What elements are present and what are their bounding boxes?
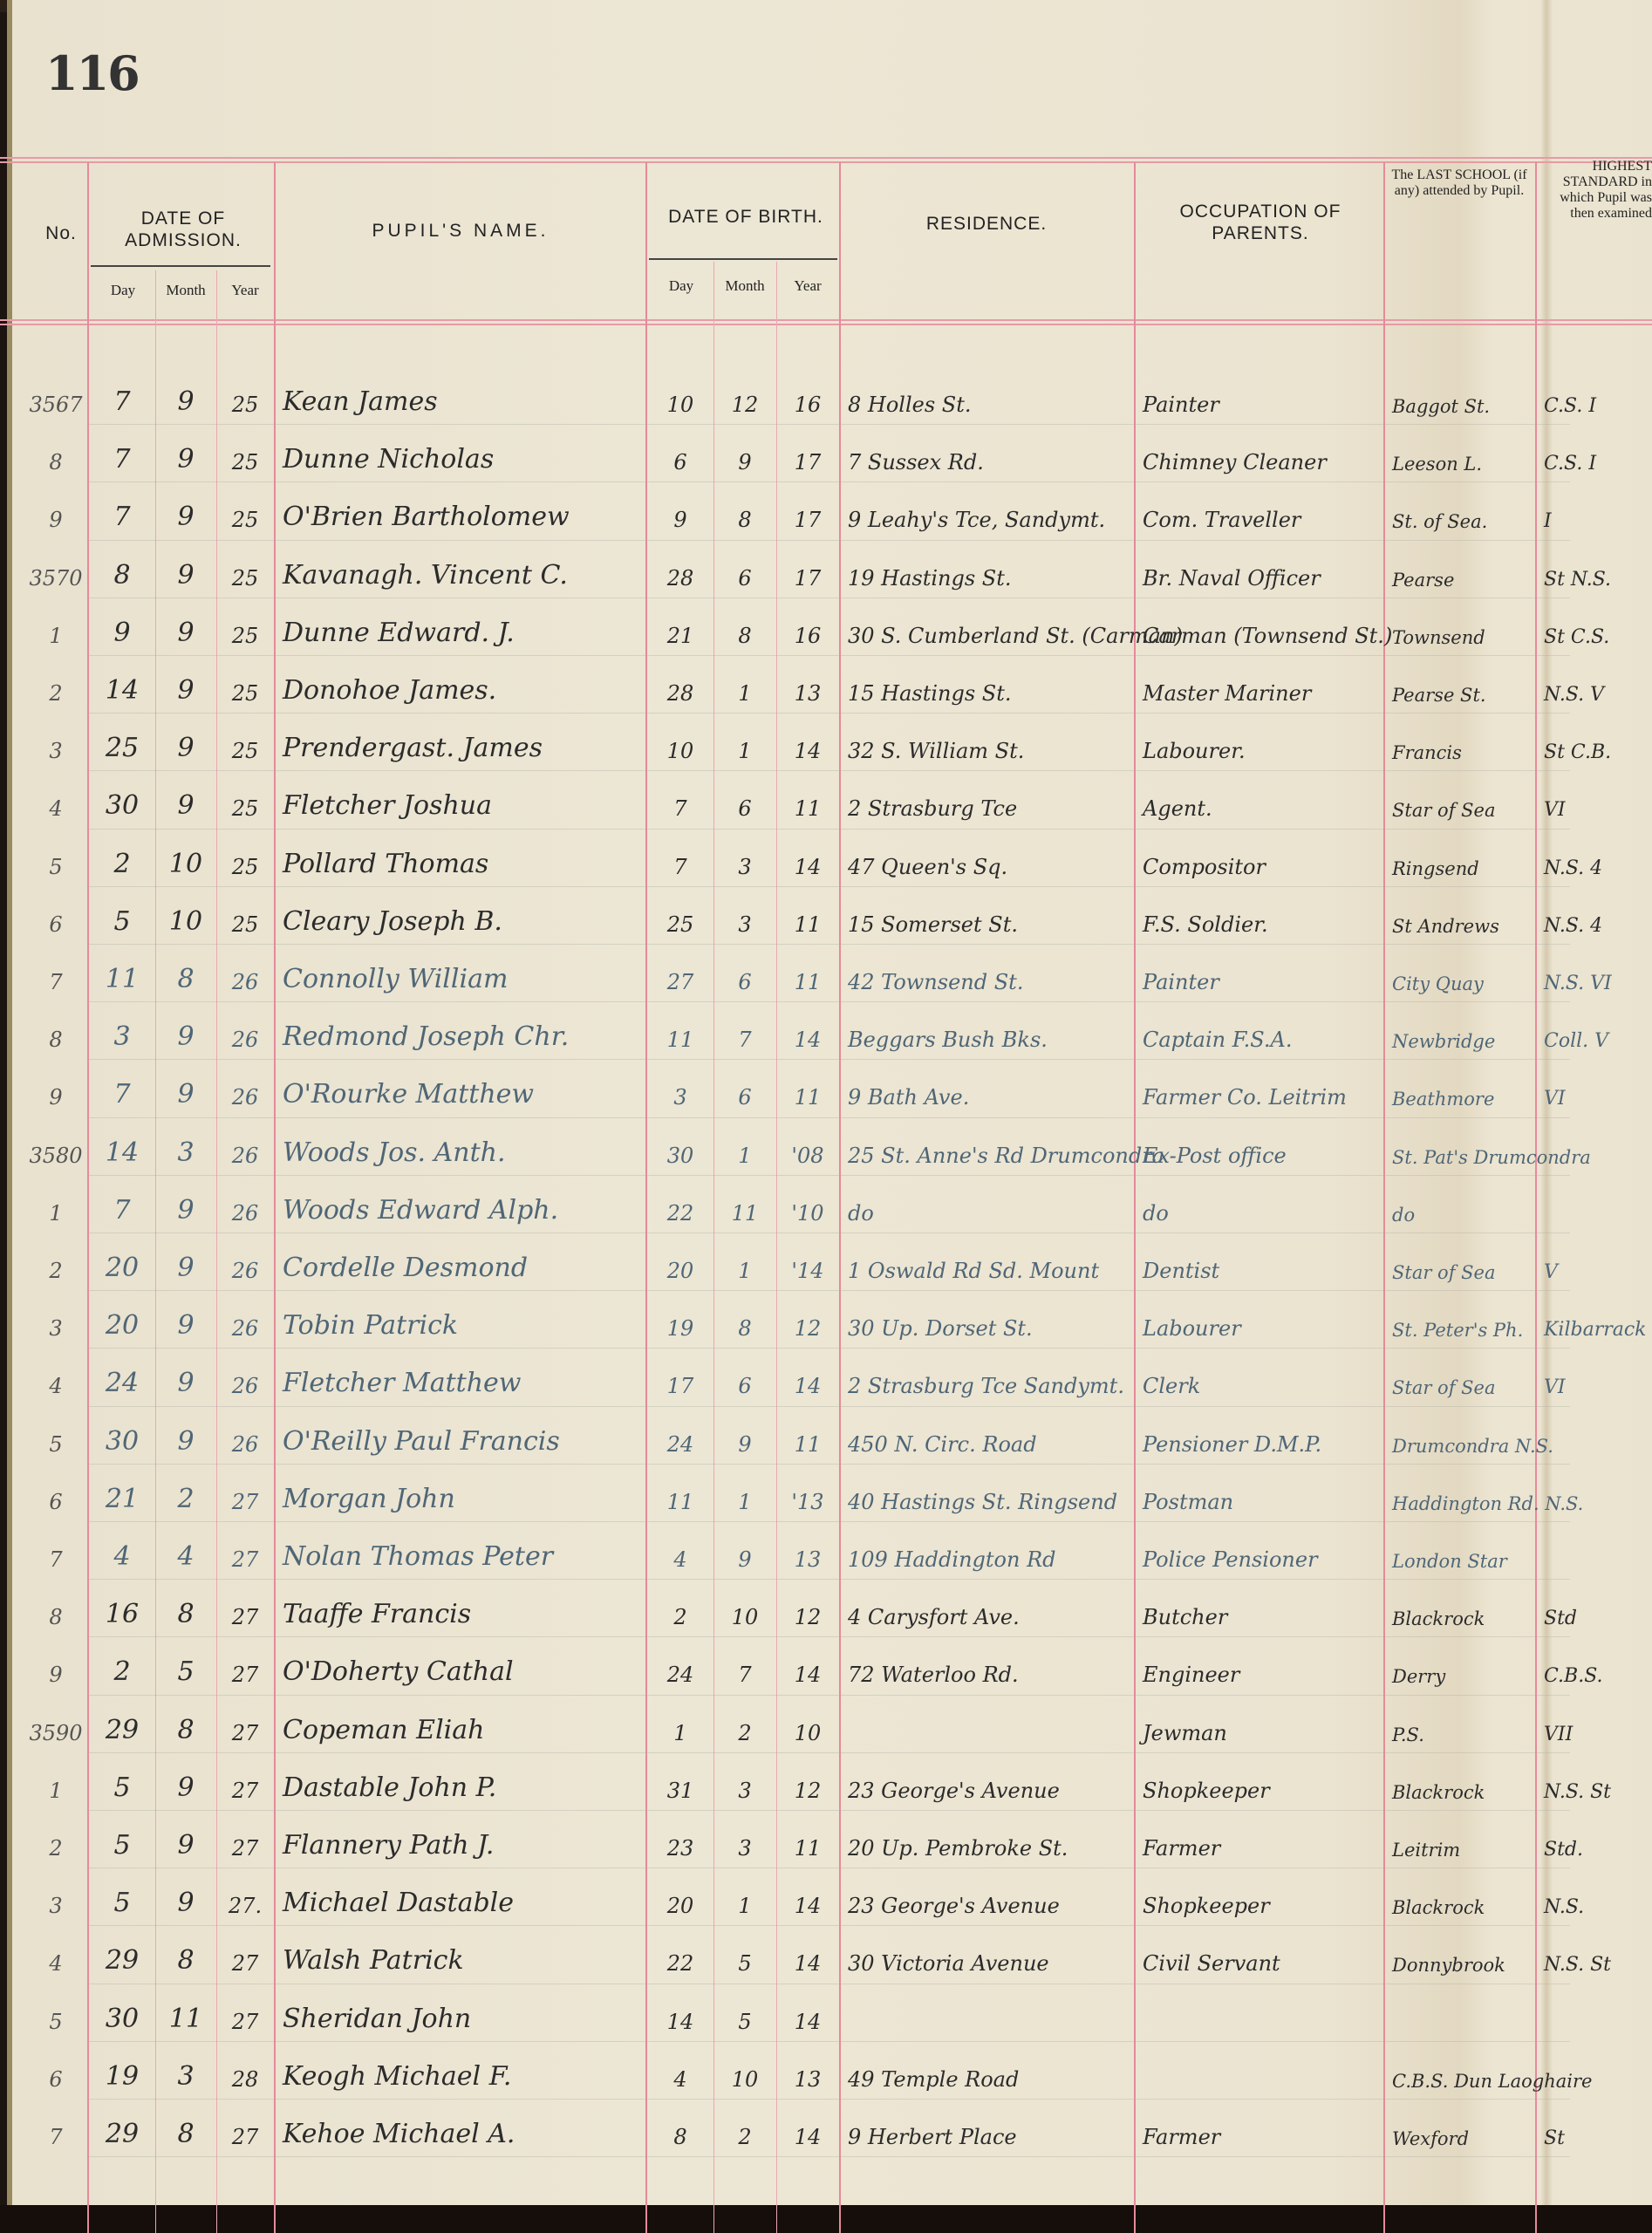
residence: 15 Hastings St. (841, 655, 1130, 713)
register-number: 1 (24, 598, 87, 655)
birth-month: 1 (713, 655, 776, 713)
birth-day: 11 (647, 1464, 713, 1521)
admission-year: 25 (216, 366, 274, 424)
admission-day: 29 (89, 2099, 155, 2156)
birth-day: 25 (647, 886, 713, 944)
admission-year: 27 (216, 2099, 274, 2156)
register-number: 2 (24, 655, 87, 713)
register-number: 5 (24, 1984, 87, 2041)
admission-month: 9 (155, 598, 216, 655)
birth-day: 9 (647, 481, 713, 539)
table-row: 3567 7 9 25 Kean James 10 12 16 8 Holles… (0, 366, 1652, 424)
admission-month: 9 (155, 655, 216, 713)
parent-occupation: F.S. Soldier. (1136, 886, 1382, 944)
birth-month: 7 (713, 1001, 776, 1059)
highest-standard (1537, 1175, 1652, 1233)
last-school: Townsend (1385, 598, 1533, 655)
register-number: 6 (24, 1464, 87, 1521)
residence: 2 Strasburg Tce (841, 770, 1130, 828)
birth-month: 1 (713, 1868, 776, 1925)
table-row: 8 3 9 26 Redmond Joseph Chr. 11 7 14 Beg… (0, 1001, 1652, 1059)
register-number: 3 (24, 713, 87, 770)
residence: 20 Up. Pembroke St. (841, 1810, 1130, 1868)
last-school: do (1385, 1175, 1533, 1233)
residence: 47 Queen's Sq. (841, 829, 1130, 886)
admission-year: 27 (216, 1579, 274, 1636)
admission-day: 5 (89, 1752, 155, 1810)
table-row: 9 2 5 27 O'Doherty Cathal 24 7 14 72 Wat… (0, 1636, 1652, 1694)
birth-year: 10 (776, 1695, 839, 1752)
last-school: Star of Sea (1385, 770, 1533, 828)
highest-standard (1537, 2041, 1652, 2099)
admission-year: 25 (216, 886, 274, 944)
birth-day: 21 (647, 598, 713, 655)
header-bottom-rule (0, 319, 1652, 325)
residence: 4 Carysfort Ave. (841, 1579, 1130, 1636)
residence: 30 Up. Dorset St. (841, 1290, 1130, 1348)
header-adm-month: Month (155, 282, 216, 299)
birth-day: 22 (647, 1925, 713, 1983)
last-school: P.S. (1385, 1695, 1533, 1752)
birth-day: 30 (647, 1117, 713, 1175)
parent-occupation: Br. Naval Officer (1136, 540, 1382, 598)
header-date-of-birth: DATE OF BIRTH. (663, 206, 829, 228)
admission-year: 27 (216, 1695, 274, 1752)
birth-year: 16 (776, 366, 839, 424)
residence: 9 Herbert Place (841, 2099, 1130, 2156)
parent-occupation: do (1136, 1175, 1382, 1233)
birth-day: 3 (647, 1059, 713, 1116)
birth-day: 28 (647, 655, 713, 713)
birth-year: 13 (776, 1521, 839, 1579)
birth-month: 8 (713, 1290, 776, 1348)
birth-month: 10 (713, 1579, 776, 1636)
residence (841, 1984, 1130, 2041)
birth-year: 17 (776, 481, 839, 539)
last-school: St Andrews (1385, 886, 1533, 944)
last-school: Baggot St. (1385, 366, 1533, 424)
table-row: 2 20 9 26 Cordelle Desmond 20 1 '14 1 Os… (0, 1233, 1652, 1290)
admission-month: 9 (155, 1059, 216, 1116)
header-birth-month: Month (713, 277, 776, 295)
pupil-name: Fletcher Joshua (276, 770, 642, 828)
admission-year: 27 (216, 1636, 274, 1694)
header-birth-year: Year (776, 277, 839, 295)
highest-standard: VI (1537, 1059, 1652, 1116)
birth-year: 16 (776, 598, 839, 655)
birth-month: 1 (713, 1117, 776, 1175)
pupil-name: O'Brien Bartholomew (276, 481, 642, 539)
residence: 15 Somerset St. (841, 886, 1130, 944)
pupil-name: Tobin Patrick (276, 1290, 642, 1348)
parent-occupation: Captain F.S.A. (1136, 1001, 1382, 1059)
parent-occupation: Butcher (1136, 1579, 1382, 1636)
highest-standard: N.S. 4 (1537, 829, 1652, 886)
highest-standard (1537, 1521, 1652, 1579)
admission-month: 10 (155, 886, 216, 944)
parent-occupation: Chimney Cleaner (1136, 424, 1382, 481)
register-number: 4 (24, 770, 87, 828)
birth-month: 1 (713, 1233, 776, 1290)
birth-day: 4 (647, 2041, 713, 2099)
table-row: 3 5 9 27. Michael Dastable 20 1 14 23 Ge… (0, 1868, 1652, 1925)
highest-standard: Std. (1537, 1810, 1652, 1868)
table-row: 5 2 10 25 Pollard Thomas 7 3 14 47 Queen… (0, 829, 1652, 886)
table-row: 9 7 9 26 O'Rourke Matthew 3 6 11 9 Bath … (0, 1059, 1652, 1116)
residence: 2 Strasburg Tce Sandymt. (841, 1348, 1130, 1405)
last-school: Francis (1385, 713, 1533, 770)
admission-month: 9 (155, 713, 216, 770)
parent-occupation: Farmer (1136, 2099, 1382, 2156)
admission-month: 9 (155, 481, 216, 539)
residence: 9 Bath Ave. (841, 1059, 1130, 1116)
parent-occupation: Civil Servant (1136, 1925, 1382, 1983)
residence: 450 N. Circ. Road (841, 1406, 1130, 1464)
header-top-rule (0, 157, 1652, 163)
residence (841, 1695, 1130, 1752)
admission-day: 7 (89, 366, 155, 424)
birth-year: 14 (776, 1636, 839, 1694)
admission-year: 25 (216, 770, 274, 828)
admission-day: 29 (89, 1695, 155, 1752)
admission-day: 2 (89, 829, 155, 886)
residence: Beggars Bush Bks. (841, 1001, 1130, 1059)
register-number: 6 (24, 2041, 87, 2099)
birth-month: 6 (713, 540, 776, 598)
register-number: 5 (24, 1406, 87, 1464)
birth-year: 14 (776, 1984, 839, 2041)
birth-day: 4 (647, 1521, 713, 1579)
register-number: 2 (24, 1233, 87, 1290)
table-row: 6 19 3 28 Keogh Michael F. 4 10 13 49 Te… (0, 2041, 1652, 2099)
birth-month: 11 (713, 1175, 776, 1233)
birth-year: 13 (776, 655, 839, 713)
admission-year: 25 (216, 713, 274, 770)
pupil-name: Redmond Joseph Chr. (276, 1001, 642, 1059)
register-number: 8 (24, 424, 87, 481)
parent-occupation: Master Mariner (1136, 655, 1382, 713)
admission-year: 25 (216, 424, 274, 481)
highest-standard: VI (1537, 1348, 1652, 1405)
table-row: 1 9 9 25 Dunne Edward. J. 21 8 16 30 S. … (0, 598, 1652, 655)
last-school: City Quay (1385, 944, 1533, 1001)
pupil-name: Kehoe Michael A. (276, 2099, 642, 2156)
admission-year: 26 (216, 1290, 274, 1348)
admission-day: 14 (89, 655, 155, 713)
residence: 42 Townsend St. (841, 944, 1130, 1001)
last-school: St. Peter's Ph. (1385, 1290, 1533, 1348)
parent-occupation (1136, 2041, 1382, 2099)
table-row: 2 5 9 27 Flannery Path J. 23 3 11 20 Up.… (0, 1810, 1652, 1868)
parent-occupation: Shopkeeper (1136, 1868, 1382, 1925)
admission-year: 27 (216, 1984, 274, 2041)
admission-month: 9 (155, 1348, 216, 1405)
birth-year: 14 (776, 1001, 839, 1059)
header-residence: RESIDENCE. (843, 213, 1130, 235)
admission-month: 10 (155, 829, 216, 886)
ruled-line (87, 2156, 1570, 2157)
birth-day: 10 (647, 713, 713, 770)
header-date-of-admission: DATE OF ADMISSION. (96, 208, 270, 251)
admission-month: 9 (155, 1752, 216, 1810)
header-birth-day: Day (649, 277, 713, 295)
birth-day: 14 (647, 1984, 713, 2041)
highest-standard (1537, 1117, 1652, 1175)
admission-month: 9 (155, 1868, 216, 1925)
residence: 8 Holles St. (841, 366, 1130, 424)
header-pupils-name: PUPIL'S NAME. (279, 220, 642, 242)
birth-year: 11 (776, 886, 839, 944)
pupil-name: Connolly William (276, 944, 642, 1001)
admission-month: 3 (155, 2041, 216, 2099)
admission-day: 19 (89, 2041, 155, 2099)
birth-year: 11 (776, 944, 839, 1001)
pupil-name: Morgan John (276, 1464, 642, 1521)
parent-occupation: Police Pensioner (1136, 1521, 1382, 1579)
birth-month: 7 (713, 1636, 776, 1694)
last-school (1385, 1984, 1533, 2041)
last-school: Pearse (1385, 540, 1533, 598)
pupil-name: Cordelle Desmond (276, 1233, 642, 1290)
last-school: Wexford (1385, 2099, 1533, 2156)
admission-day: 25 (89, 713, 155, 770)
residence: 7 Sussex Rd. (841, 424, 1130, 481)
birth-year: '14 (776, 1233, 839, 1290)
birth-year: 14 (776, 829, 839, 886)
pupil-name: Michael Dastable (276, 1868, 642, 1925)
admission-day: 7 (89, 1059, 155, 1116)
admission-year: 26 (216, 1175, 274, 1233)
parent-occupation: Ex-Post office (1136, 1117, 1382, 1175)
birth-day: 11 (647, 1001, 713, 1059)
pupil-name: Walsh Patrick (276, 1925, 642, 1983)
birth-day: 22 (647, 1175, 713, 1233)
admission-day: 3 (89, 1001, 155, 1059)
birth-day: 24 (647, 1406, 713, 1464)
highest-standard: VI (1537, 770, 1652, 828)
register-number: 9 (24, 1059, 87, 1116)
last-school: St. Pat's Drumcondra (1385, 1117, 1533, 1175)
header-last-school: The LAST SCHOOL (if any) attended by Pup… (1387, 167, 1532, 199)
register-number: 7 (24, 2099, 87, 2156)
birth-year: 14 (776, 1348, 839, 1405)
highest-standard (1537, 1984, 1652, 2041)
pupil-name: Woods Jos. Anth. (276, 1117, 642, 1175)
birth-month: 9 (713, 1521, 776, 1579)
admission-day: 11 (89, 944, 155, 1001)
birth-year: 11 (776, 1810, 839, 1868)
birth-day: 19 (647, 1290, 713, 1348)
pupil-name: Taaffe Francis (276, 1579, 642, 1636)
last-school: Donnybrook (1385, 1925, 1533, 1983)
last-school: Blackrock (1385, 1868, 1533, 1925)
table-row: 4 30 9 25 Fletcher Joshua 7 6 11 2 Stras… (0, 770, 1652, 828)
register-number: 4 (24, 1925, 87, 1983)
admission-month: 5 (155, 1636, 216, 1694)
parent-occupation: Compositor (1136, 829, 1382, 886)
birth-day: 23 (647, 1810, 713, 1868)
parent-occupation: Engineer (1136, 1636, 1382, 1694)
admission-month: 4 (155, 1521, 216, 1579)
highest-standard: VII (1537, 1695, 1652, 1752)
admission-day: 2 (89, 1636, 155, 1694)
parent-occupation: Shopkeeper (1136, 1752, 1382, 1810)
admission-year: 26 (216, 1117, 274, 1175)
parent-occupation: Pensioner D.M.P. (1136, 1406, 1382, 1464)
residence: 9 Leahy's Tce, Sandymt. (841, 481, 1130, 539)
header-highest-standard: HIGHEST STANDARD in which Pupil was then… (1544, 159, 1652, 222)
admission-month: 9 (155, 540, 216, 598)
register-number: 4 (24, 1348, 87, 1405)
birth-month: 2 (713, 2099, 776, 2156)
header-adm-year: Year (216, 282, 274, 299)
admission-year: 27. (216, 1868, 274, 1925)
table-row: 1 5 9 27 Dastable John P. 31 3 12 23 Geo… (0, 1752, 1652, 1810)
pupil-name: Pollard Thomas (276, 829, 642, 886)
table-row: 4 29 8 27 Walsh Patrick 22 5 14 30 Victo… (0, 1925, 1652, 1983)
parent-occupation: Farmer Co. Leitrim (1136, 1059, 1382, 1116)
admission-month: 8 (155, 1925, 216, 1983)
parent-occupation: Jewman (1136, 1695, 1382, 1752)
pupil-name: Kavanagh. Vincent C. (276, 540, 642, 598)
admission-day: 21 (89, 1464, 155, 1521)
birth-year: 11 (776, 1406, 839, 1464)
birth-month: 3 (713, 886, 776, 944)
last-school: Leeson L. (1385, 424, 1533, 481)
pupil-name: Prendergast. James (276, 713, 642, 770)
register-number: 8 (24, 1001, 87, 1059)
page-number: 116 (45, 45, 139, 101)
birth-year: 13 (776, 2041, 839, 2099)
birth-year: 11 (776, 770, 839, 828)
residence: 72 Waterloo Rd. (841, 1636, 1130, 1694)
pupil-name: O'Doherty Cathal (276, 1636, 642, 1694)
highest-standard: V (1537, 1233, 1652, 1290)
register-number: 7 (24, 1521, 87, 1579)
highest-standard: C.S. I (1537, 366, 1652, 424)
birth-month: 8 (713, 481, 776, 539)
admission-day: 5 (89, 1868, 155, 1925)
birth-year: '08 (776, 1117, 839, 1175)
parent-occupation: Carman (Townsend St.) (1136, 598, 1382, 655)
parent-occupation: Postman (1136, 1464, 1382, 1521)
admission-year: 26 (216, 1233, 274, 1290)
last-school: Haddington Rd. N.S. (1385, 1464, 1533, 1521)
residence: 30 S. Cumberland St. (Carman) (841, 598, 1130, 655)
admission-month: 9 (155, 770, 216, 828)
admission-month: 8 (155, 1579, 216, 1636)
admission-day: 7 (89, 424, 155, 481)
admission-subhead-line (91, 265, 270, 267)
register-number: 5 (24, 829, 87, 886)
pupil-name: Dunne Nicholas (276, 424, 642, 481)
parent-occupation: Agent. (1136, 770, 1382, 828)
register-number: 3 (24, 1868, 87, 1925)
highest-standard: St C.S. (1537, 598, 1652, 655)
admission-day: 8 (89, 540, 155, 598)
birth-year: 12 (776, 1290, 839, 1348)
last-school: Derry (1385, 1636, 1533, 1694)
register-number: 9 (24, 1636, 87, 1694)
highest-standard: N.S. VI (1537, 944, 1652, 1001)
admission-year: 26 (216, 1059, 274, 1116)
admission-year: 25 (216, 829, 274, 886)
table-row: 7 11 8 26 Connolly William 27 6 11 42 To… (0, 944, 1652, 1001)
birth-day: 31 (647, 1752, 713, 1810)
residence: 23 George's Avenue (841, 1868, 1130, 1925)
highest-standard: C.S. I (1537, 424, 1652, 481)
admission-month: 9 (155, 1406, 216, 1464)
parent-occupation: Painter (1136, 366, 1382, 424)
admission-year: 25 (216, 481, 274, 539)
admission-year: 28 (216, 2041, 274, 2099)
last-school: Ringsend (1385, 829, 1533, 886)
last-school: Drumcondra N.S. (1385, 1406, 1533, 1464)
admission-day: 30 (89, 770, 155, 828)
admission-year: 27 (216, 1752, 274, 1810)
birth-year: 14 (776, 1868, 839, 1925)
birth-year: '13 (776, 1464, 839, 1521)
birth-month: 1 (713, 713, 776, 770)
register-number: 1 (24, 1752, 87, 1810)
birth-day: 10 (647, 366, 713, 424)
birth-year: 14 (776, 713, 839, 770)
admission-year: 26 (216, 944, 274, 1001)
admission-month: 9 (155, 1233, 216, 1290)
parent-occupation: Clerk (1136, 1348, 1382, 1405)
table-row: 5 30 11 27 Sheridan John 14 5 14 (0, 1984, 1652, 2041)
admission-year: 27 (216, 1521, 274, 1579)
parent-occupation (1136, 1984, 1382, 2041)
birth-year: 14 (776, 2099, 839, 2156)
admission-day: 4 (89, 1521, 155, 1579)
last-school: Blackrock (1385, 1579, 1533, 1636)
admission-day: 9 (89, 598, 155, 655)
highest-standard: N.S. St (1537, 1752, 1652, 1810)
admission-month: 8 (155, 944, 216, 1001)
table-row: 6 21 2 27 Morgan John 11 1 '13 40 Hastin… (0, 1464, 1652, 1521)
pupil-name: Donohoe James. (276, 655, 642, 713)
admission-month: 9 (155, 1810, 216, 1868)
table-row: 9 7 9 25 O'Brien Bartholomew 9 8 17 9 Le… (0, 481, 1652, 539)
highest-standard: Coll. V (1537, 1001, 1652, 1059)
residence: do (841, 1175, 1130, 1233)
birth-day: 24 (647, 1636, 713, 1694)
pupil-name: Keogh Michael F. (276, 2041, 642, 2099)
residence: 49 Temple Road (841, 2041, 1130, 2099)
birth-day: 2 (647, 1579, 713, 1636)
table-row: 1 7 9 26 Woods Edward Alph. 22 11 '10 do… (0, 1175, 1652, 1233)
birth-month: 12 (713, 366, 776, 424)
birth-subhead-line (649, 258, 837, 260)
admission-month: 11 (155, 1984, 216, 2041)
residence: 40 Hastings St. Ringsend (841, 1464, 1130, 1521)
register-number: 1 (24, 1175, 87, 1233)
highest-standard: St (1537, 2099, 1652, 2156)
pupil-name: Woods Edward Alph. (276, 1175, 642, 1233)
parent-occupation: Dentist (1136, 1233, 1382, 1290)
admission-year: 27 (216, 1810, 274, 1868)
last-school: C.B.S. Dun Laoghaire (1385, 2041, 1533, 2099)
admission-day: 24 (89, 1348, 155, 1405)
birth-year: 12 (776, 1752, 839, 1810)
admission-month: 9 (155, 424, 216, 481)
birth-year: 12 (776, 1579, 839, 1636)
admission-day: 14 (89, 1117, 155, 1175)
admission-year: 25 (216, 655, 274, 713)
parent-occupation: Painter (1136, 944, 1382, 1001)
admission-year: 27 (216, 1464, 274, 1521)
